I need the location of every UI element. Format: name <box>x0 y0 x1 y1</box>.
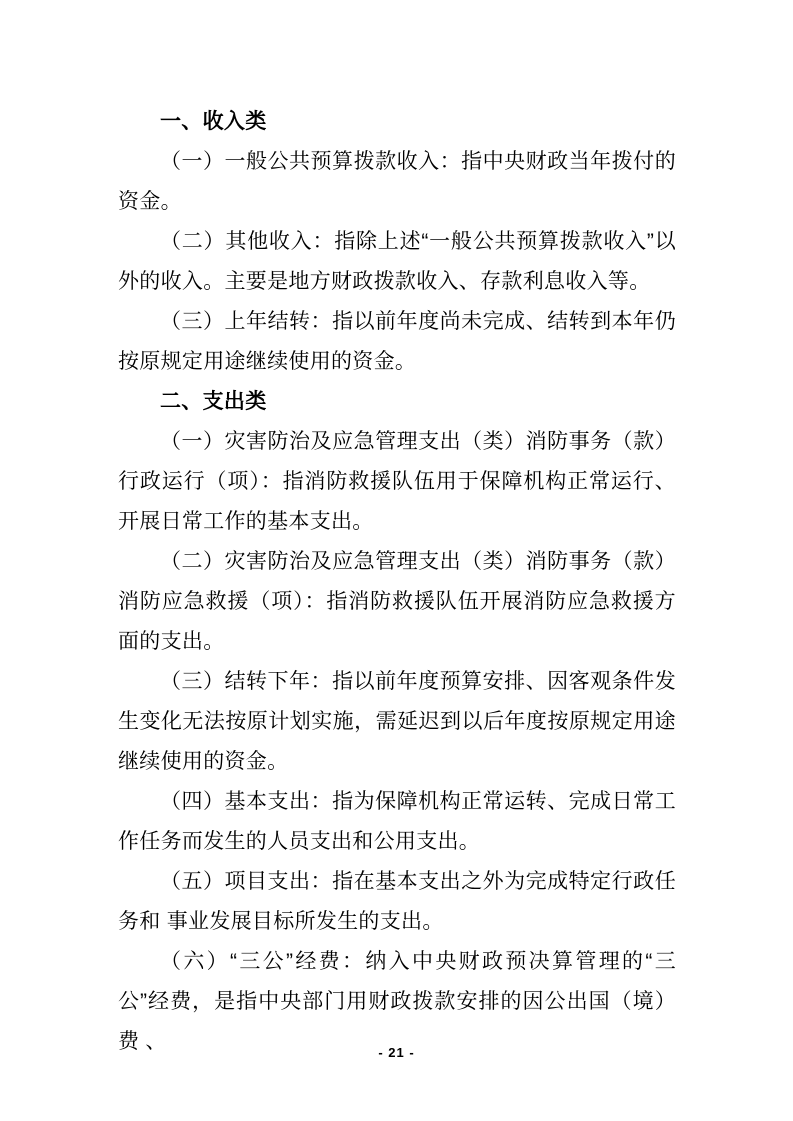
section-heading: 一、收入类 <box>118 102 676 142</box>
paragraph: （三）结转下年：指以前年度预算安排、因客观条件发生变化无法按原计划实施，需延迟到… <box>118 662 676 782</box>
paragraph: （一）一般公共预算拨款收入：指中央财政当年拨付的资金。 <box>118 142 676 222</box>
paragraph: （二）灾害防治及应急管理支出（类）消防事务（款）消防应急救援（项）：指消防救援队… <box>118 542 676 662</box>
paragraph: （四）基本支出：指为保障机构正常运转、完成日常工作任务而发生的人员支出和公用支出… <box>118 782 676 862</box>
paragraph: （五）项目支出：指在基本支出之外为完成特定行政任务和 事业发展目标所发生的支出。 <box>118 862 676 942</box>
paragraph: （一）灾害防治及应急管理支出（类）消防事务（款）行政运行（项）：指消防救援队伍用… <box>118 422 676 542</box>
paragraph: （三）上年结转：指以前年度尚未完成、结转到本年仍按原规定用途继续使用的资金。 <box>118 302 676 382</box>
page-number: - 21 - <box>378 1045 414 1060</box>
page-footer: - 21 - <box>0 1044 793 1062</box>
document-body: 一、收入类（一）一般公共预算拨款收入：指中央财政当年拨付的资金。（二）其他收入：… <box>118 102 676 1062</box>
document-page: 一、收入类（一）一般公共预算拨款收入：指中央财政当年拨付的资金。（二）其他收入：… <box>0 0 793 1121</box>
section-heading: 二、支出类 <box>118 382 676 422</box>
paragraph: （二）其他收入：指除上述“一般公共预算拨款收入”以外的收入。主要是地方财政拨款收… <box>118 222 676 302</box>
